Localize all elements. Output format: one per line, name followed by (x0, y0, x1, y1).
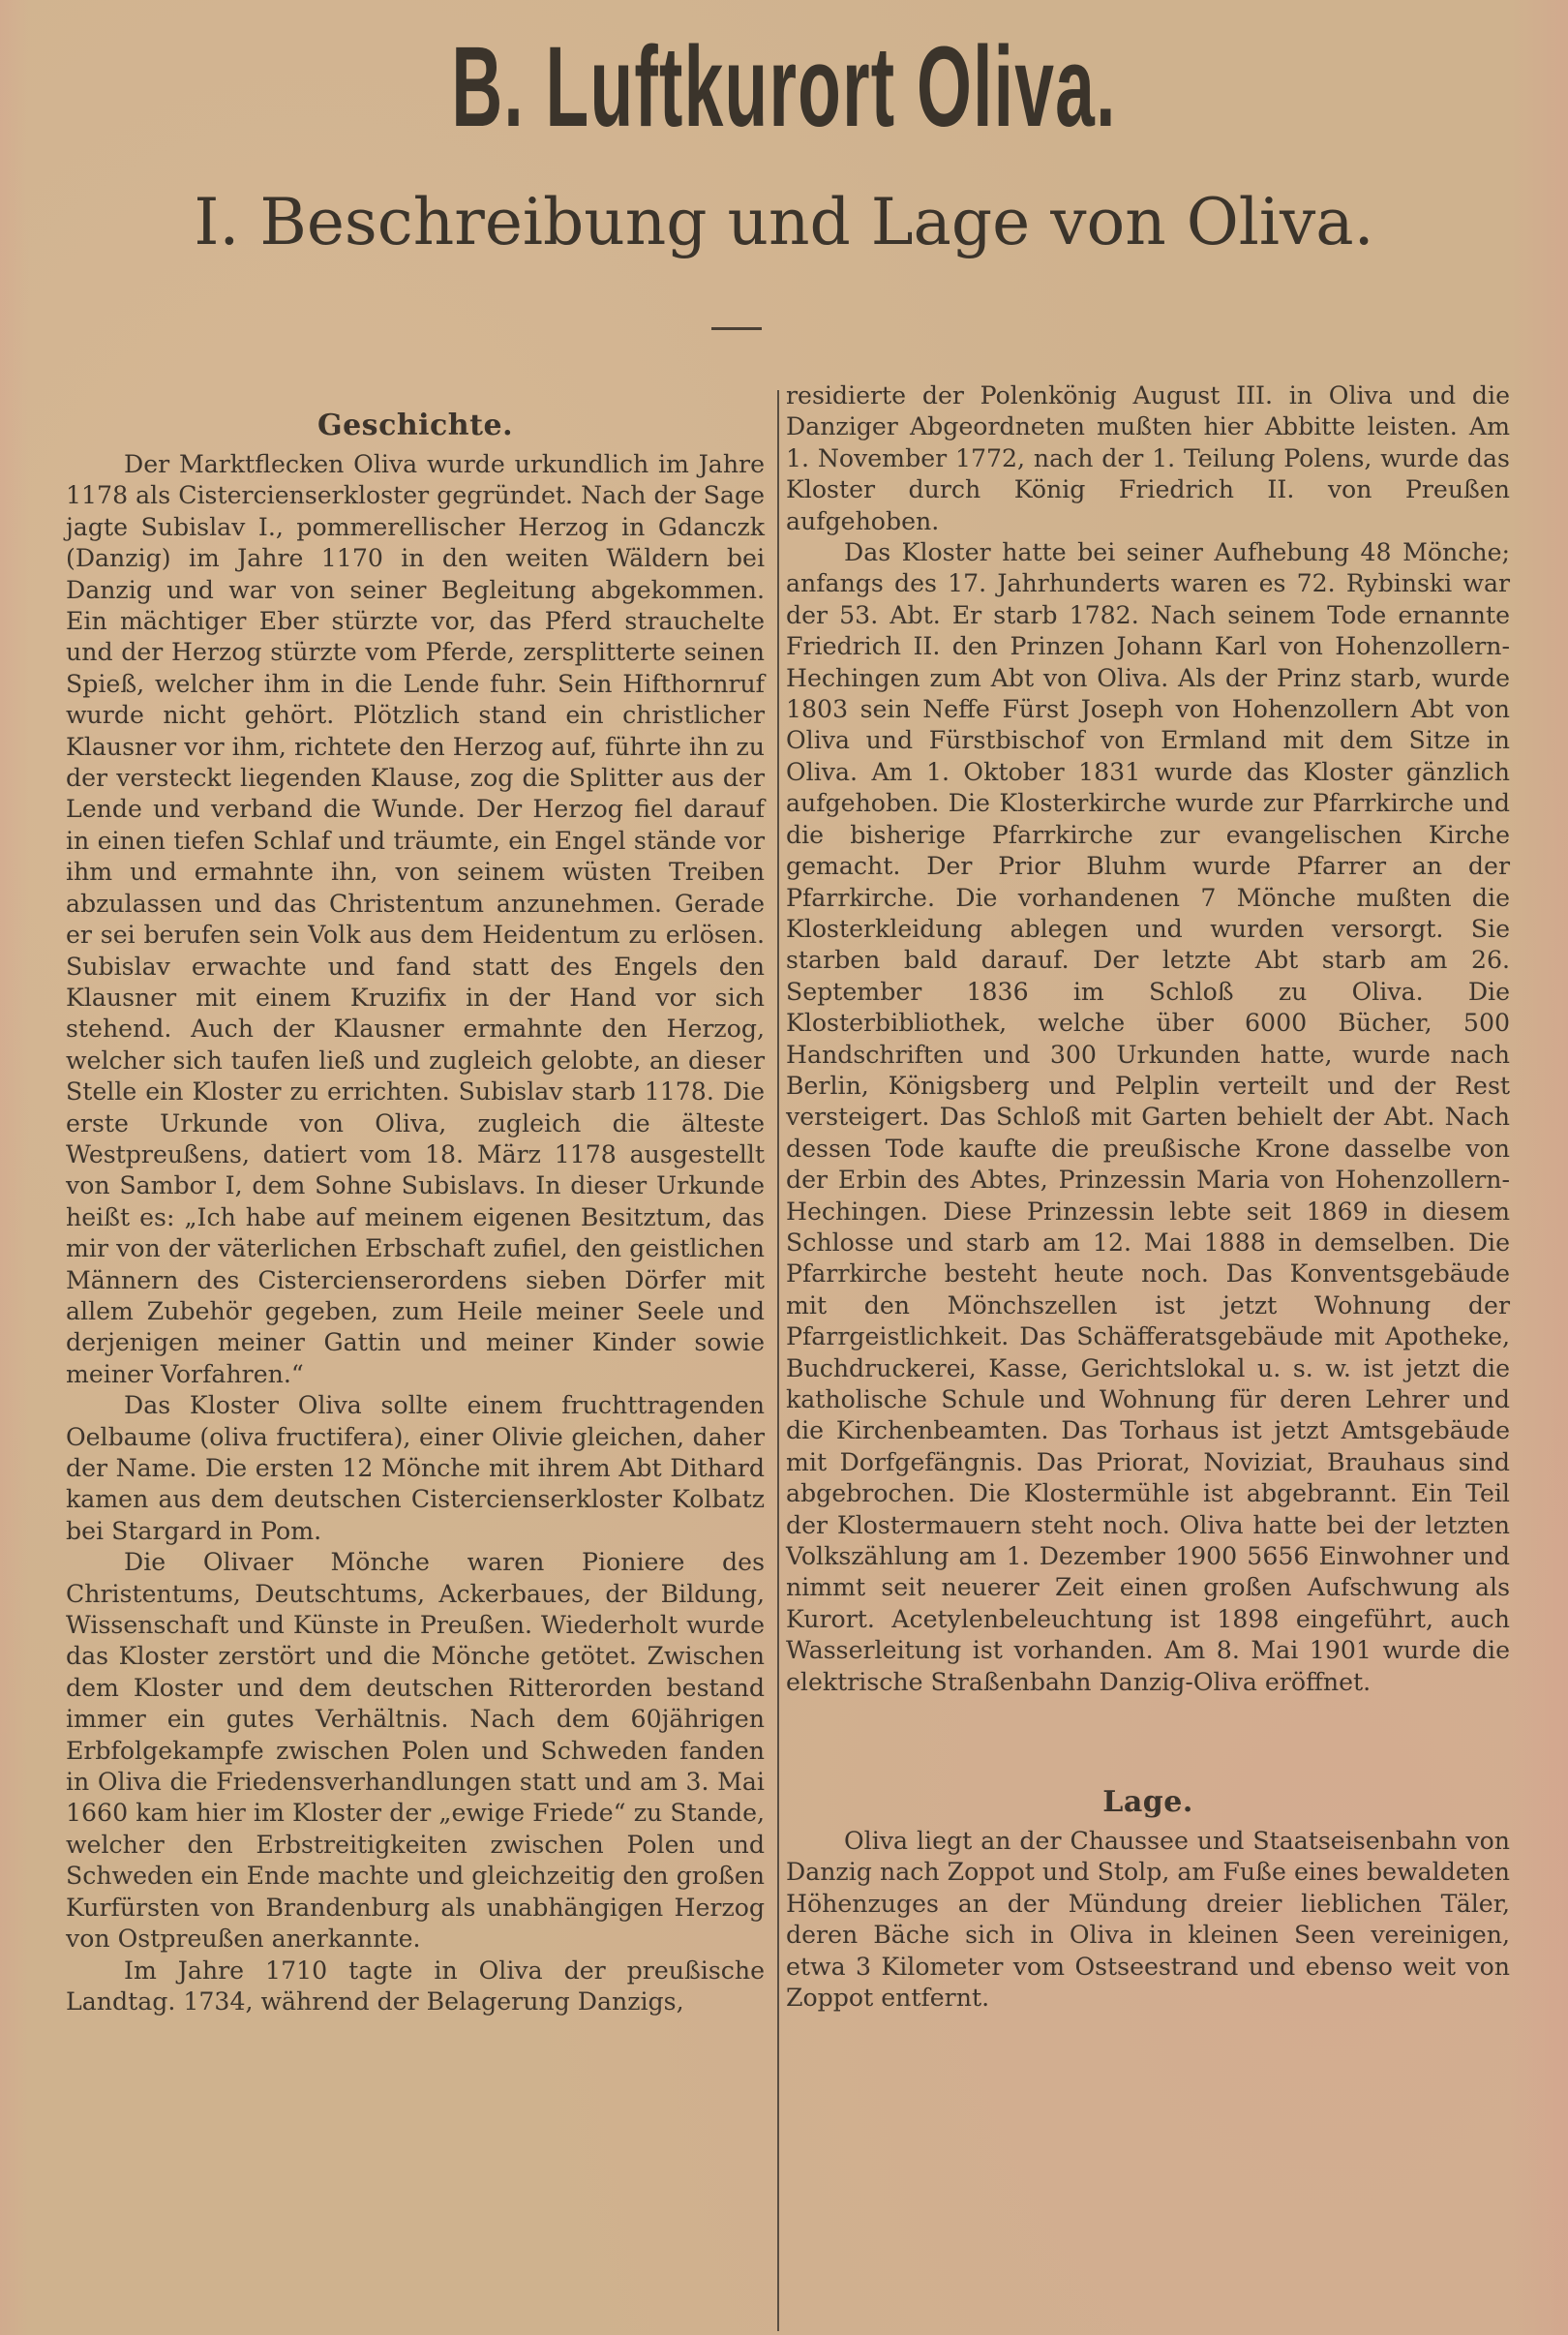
paragraph: Oliva liegt an der Chaussee und Staatsei… (786, 1826, 1510, 2014)
title-divider-rule (711, 327, 762, 330)
paragraph: Im Jahre 1710 tagte in Oliva der preußis… (66, 1956, 765, 2018)
left-column: Geschichte. Der Marktflecken Oliva wurde… (66, 407, 765, 2017)
paragraph: Das Kloster hatte bei seiner Aufhebung 4… (786, 537, 1510, 1698)
section-spacer (786, 1698, 1510, 1783)
subtitle: I. Beschreibung und Lage von Oliva. (0, 179, 1568, 266)
document-page: B. Luftkurort Oliva. I. Beschreibung und… (0, 0, 1568, 2335)
paragraph-continuation: residierte der Polenkönig August III. in… (786, 380, 1510, 537)
main-title: B. Luftkurort Oliva. (298, 19, 1270, 155)
column-divider (777, 390, 779, 2331)
paragraph: Der Marktflecken Oliva wurde urkundlich … (66, 449, 765, 1390)
section-heading-lage: Lage. (786, 1783, 1510, 1822)
paragraph: Die Olivaer Mönche waren Pioniere des Ch… (66, 1547, 765, 1955)
section-heading-geschichte: Geschichte. (66, 407, 765, 445)
right-column: residierte der Polenkönig August III. in… (786, 380, 1510, 2015)
paragraph: Das Kloster Oliva sollte einem fruchttra… (66, 1390, 765, 1547)
